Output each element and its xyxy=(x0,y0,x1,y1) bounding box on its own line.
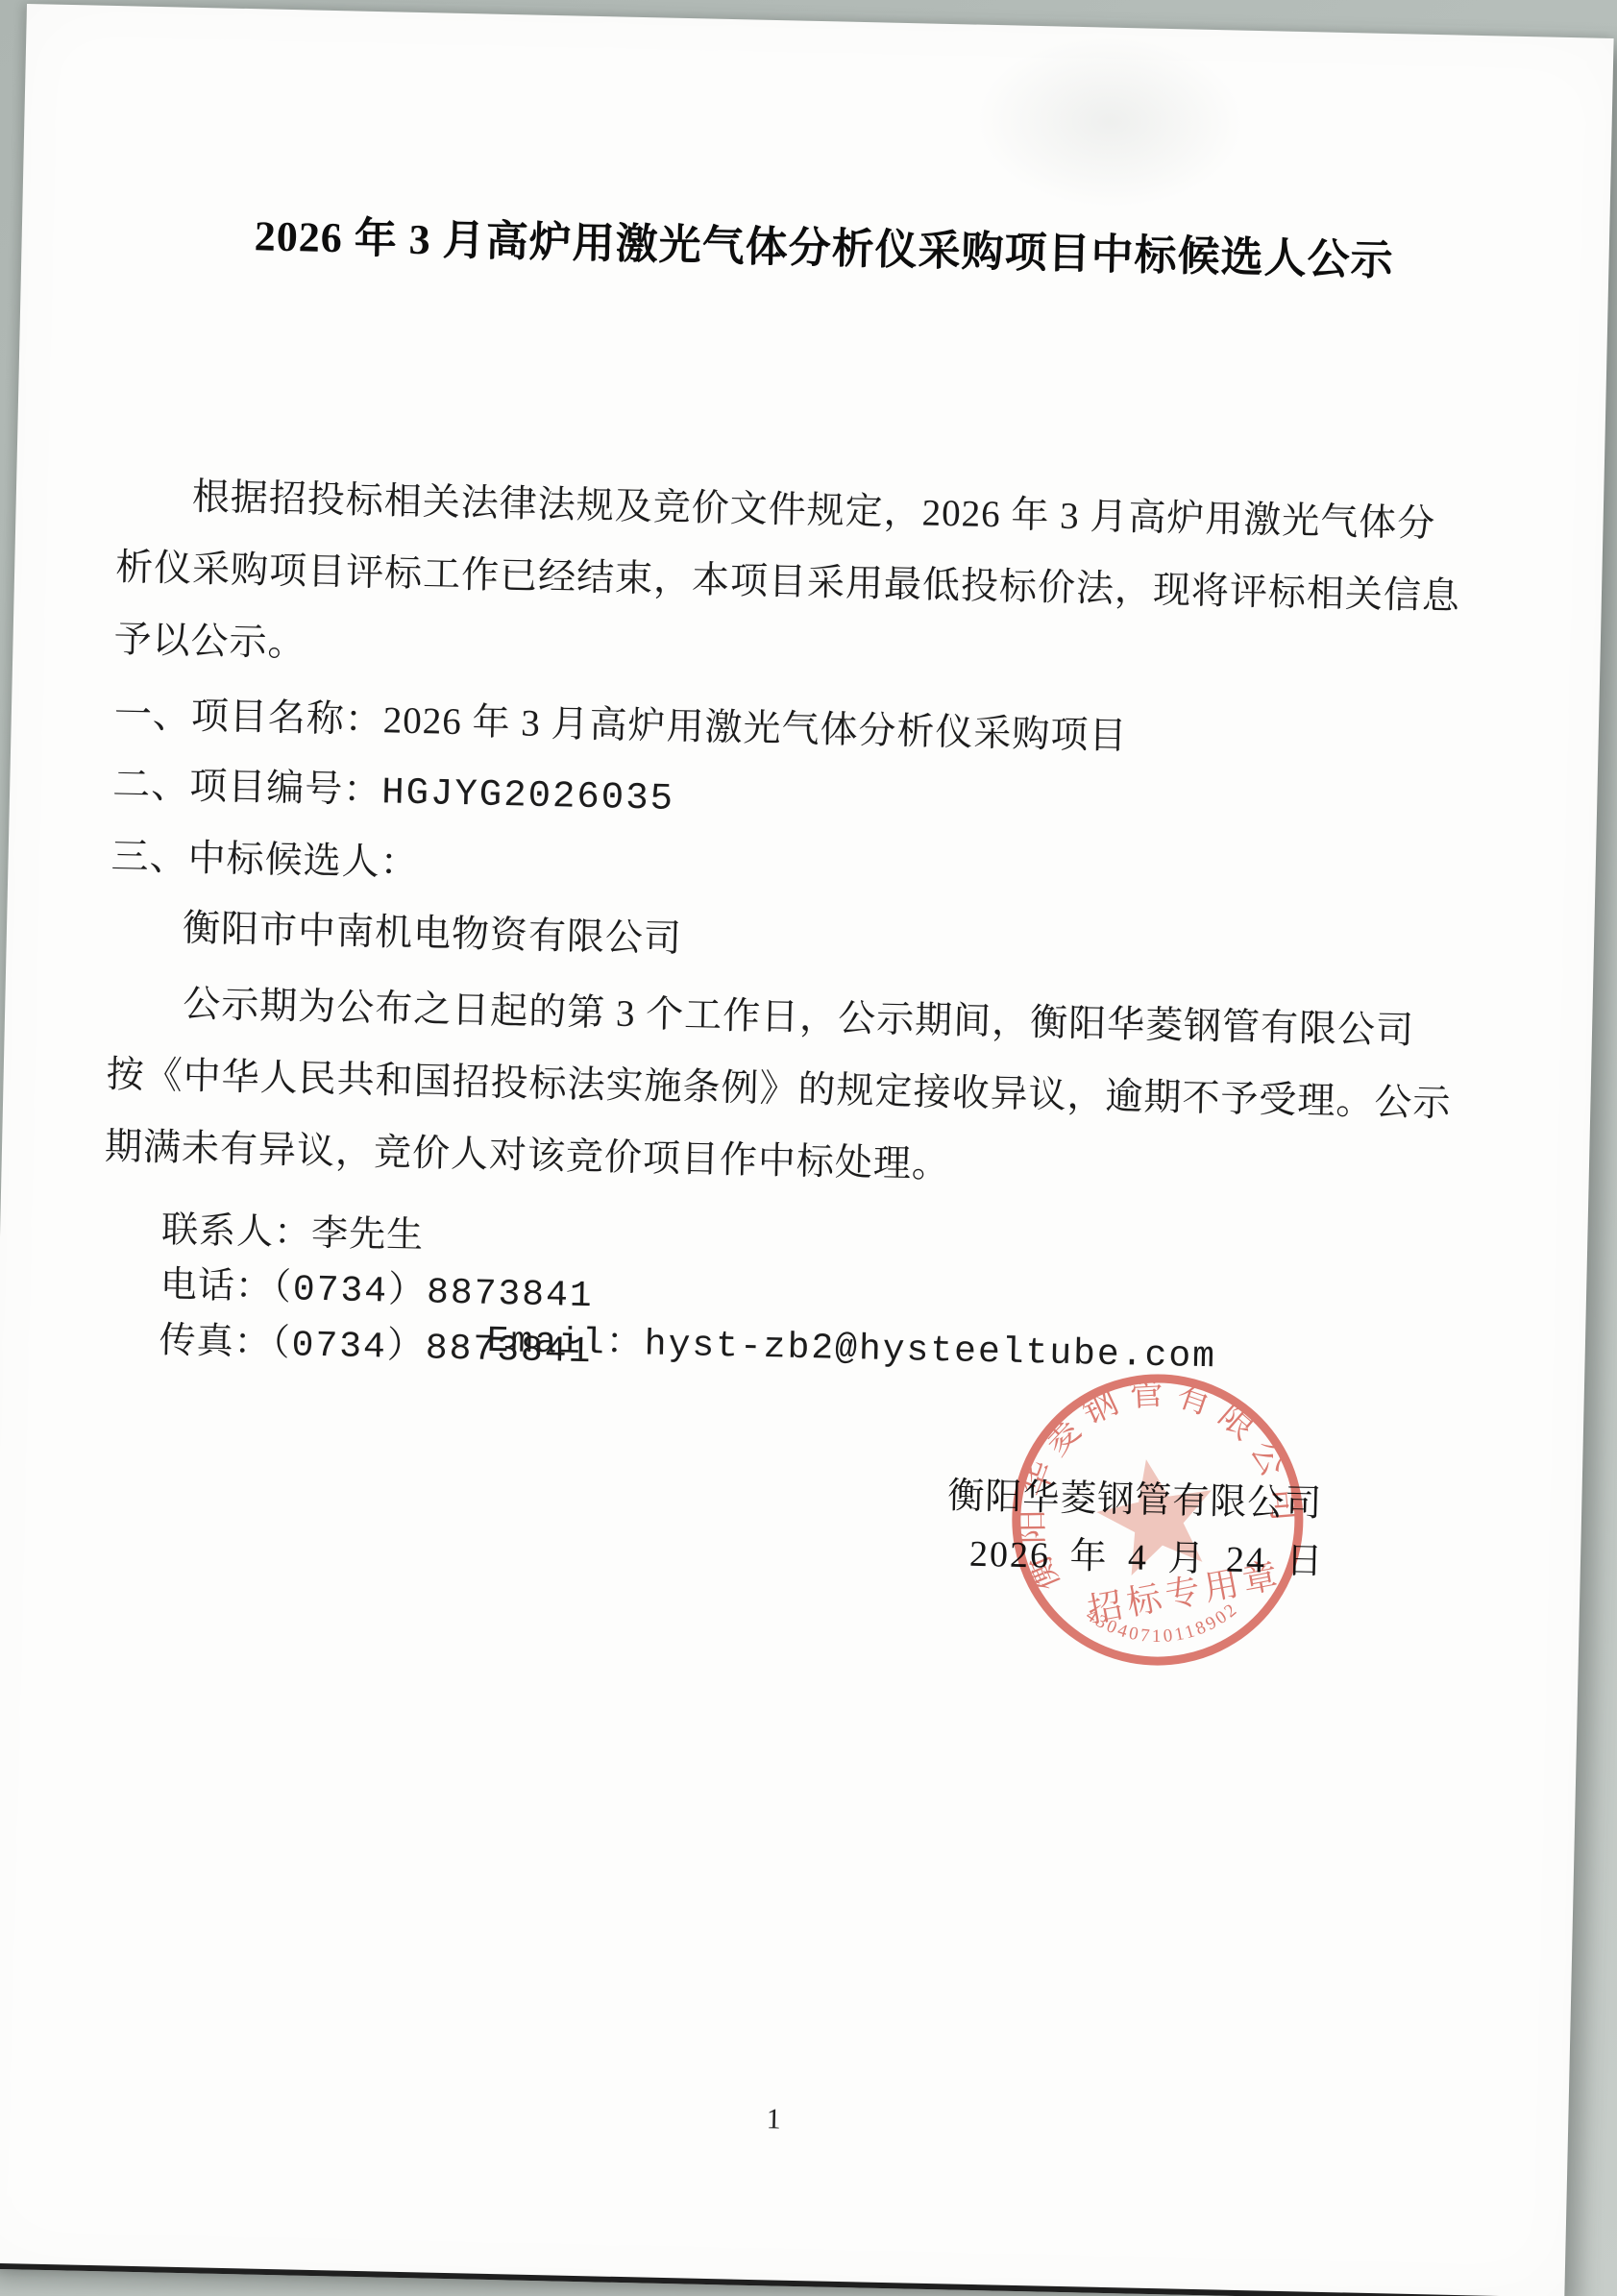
notice-line-3: 期满未有异议，竞价人对该竞价项目作中标处理。 xyxy=(104,1120,950,1191)
item-project-number: 二、项目编号：HGJYG2026035 xyxy=(112,758,675,826)
project-number-label: 二、项目编号： xyxy=(112,764,382,811)
company-seal: 衡阳华菱钢管有限公司 招标专用章 43040710118902 xyxy=(1000,1363,1314,1677)
contact-phone-label: 电话： xyxy=(159,1264,273,1307)
scanned-document-page: 2026 年 3 月高炉用激光气体分析仪采购项目中标候选人公示 根据招投标相关法… xyxy=(0,4,1614,2296)
page-number: 1 xyxy=(0,2086,1566,2153)
contact-person-label: 联系人： xyxy=(161,1209,312,1253)
contact-phone-value: （0734）8873841 xyxy=(272,1269,594,1317)
scan-smudge-artifact xyxy=(974,33,1247,211)
document-title: 2026 年 3 月高炉用激光气体分析仪采购项目中标候选人公示 xyxy=(21,196,1609,292)
contact-person-line: 联系人：李先生 xyxy=(161,1204,425,1262)
contact-person-value: 李先生 xyxy=(311,1213,425,1257)
intro-line-1: 根据招投标相关法律法规及竞价文件规定，2026 年 3 月高炉用激光气体分 xyxy=(191,471,1436,550)
item-candidates-label: 三、中标候选人： xyxy=(110,830,419,890)
project-number-value: HGJYG2026035 xyxy=(381,771,675,820)
contact-fax-label: 传真： xyxy=(159,1320,272,1363)
item-project-name: 一、项目名称：2026 年 3 月高炉用激光气体分析仪采购项目 xyxy=(113,688,1128,763)
seal-star-icon xyxy=(1089,1449,1224,1579)
company-seal-graphic: 衡阳华菱钢管有限公司 招标专用章 43040710118902 xyxy=(1000,1363,1314,1677)
intro-line-2: 析仪采购项目评标工作已经结束，本项目采用最低投标价法，现将评标相关信息 xyxy=(115,541,1461,623)
notice-line-1: 公示期为公布之日起的第 3 个工作日，公示期间，衡阳华菱钢管有限公司 xyxy=(183,978,1415,1058)
contact-email-label: Email： xyxy=(486,1321,645,1366)
notice-line-2: 按《中华人民共和国招投标法实施条例》的规定接收异议，逾期不予受理。公示 xyxy=(106,1048,1452,1131)
intro-line-3: 予以公示。 xyxy=(113,613,306,670)
candidate-name: 衡阳市中南机电物资有限公司 xyxy=(182,902,682,965)
